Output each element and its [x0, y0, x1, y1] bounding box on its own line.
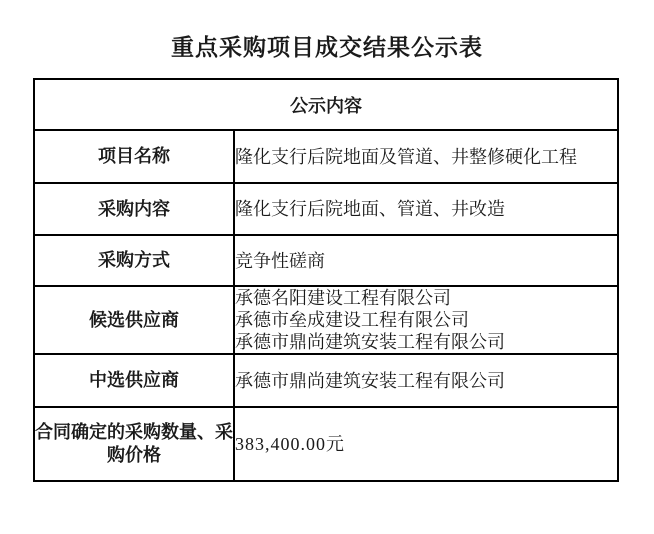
- procurement-method-label: 采购方式: [34, 235, 234, 286]
- table-row-selected-supplier: 中选供应商 承德市鼎尚建筑安装工程有限公司: [34, 354, 618, 407]
- candidate-suppliers-value: 承德名阳建设工程有限公司 承德市垒成建设工程有限公司 承德市鼎尚建筑安装工程有限…: [234, 286, 618, 354]
- table-row-project-name: 项目名称 隆化支行后院地面及管道、井整修硬化工程: [34, 130, 618, 183]
- candidate-suppliers-label: 候选供应商: [34, 286, 234, 354]
- table-header-row: 公示内容: [34, 79, 618, 130]
- selected-supplier-value: 承德市鼎尚建筑安装工程有限公司: [234, 354, 618, 407]
- table-header-cell: 公示内容: [34, 79, 618, 130]
- table-row-candidate-suppliers: 候选供应商 承德名阳建设工程有限公司 承德市垒成建设工程有限公司 承德市鼎尚建筑…: [34, 286, 618, 354]
- procurement-content-value: 隆化支行后院地面、管道、井改造: [234, 183, 618, 235]
- table-row-contract-price: 合同确定的采购数量、采购价格 383,400.00元: [34, 407, 618, 481]
- contract-price-value: 383,400.00元: [234, 407, 618, 481]
- project-name-label: 项目名称: [34, 130, 234, 183]
- procurement-content-label: 采购内容: [34, 183, 234, 235]
- table-row-procurement-method: 采购方式 竞争性磋商: [34, 235, 618, 286]
- page-title: 重点采购项目成交结果公示表: [0, 0, 654, 62]
- announcement-table: 公示内容 项目名称 隆化支行后院地面及管道、井整修硬化工程 采购内容 隆化支行后…: [33, 78, 619, 482]
- project-name-value: 隆化支行后院地面及管道、井整修硬化工程: [234, 130, 618, 183]
- table-row-procurement-content: 采购内容 隆化支行后院地面、管道、井改造: [34, 183, 618, 235]
- procurement-method-value: 竞争性磋商: [234, 235, 618, 286]
- selected-supplier-label: 中选供应商: [34, 354, 234, 407]
- contract-price-label: 合同确定的采购数量、采购价格: [34, 407, 234, 481]
